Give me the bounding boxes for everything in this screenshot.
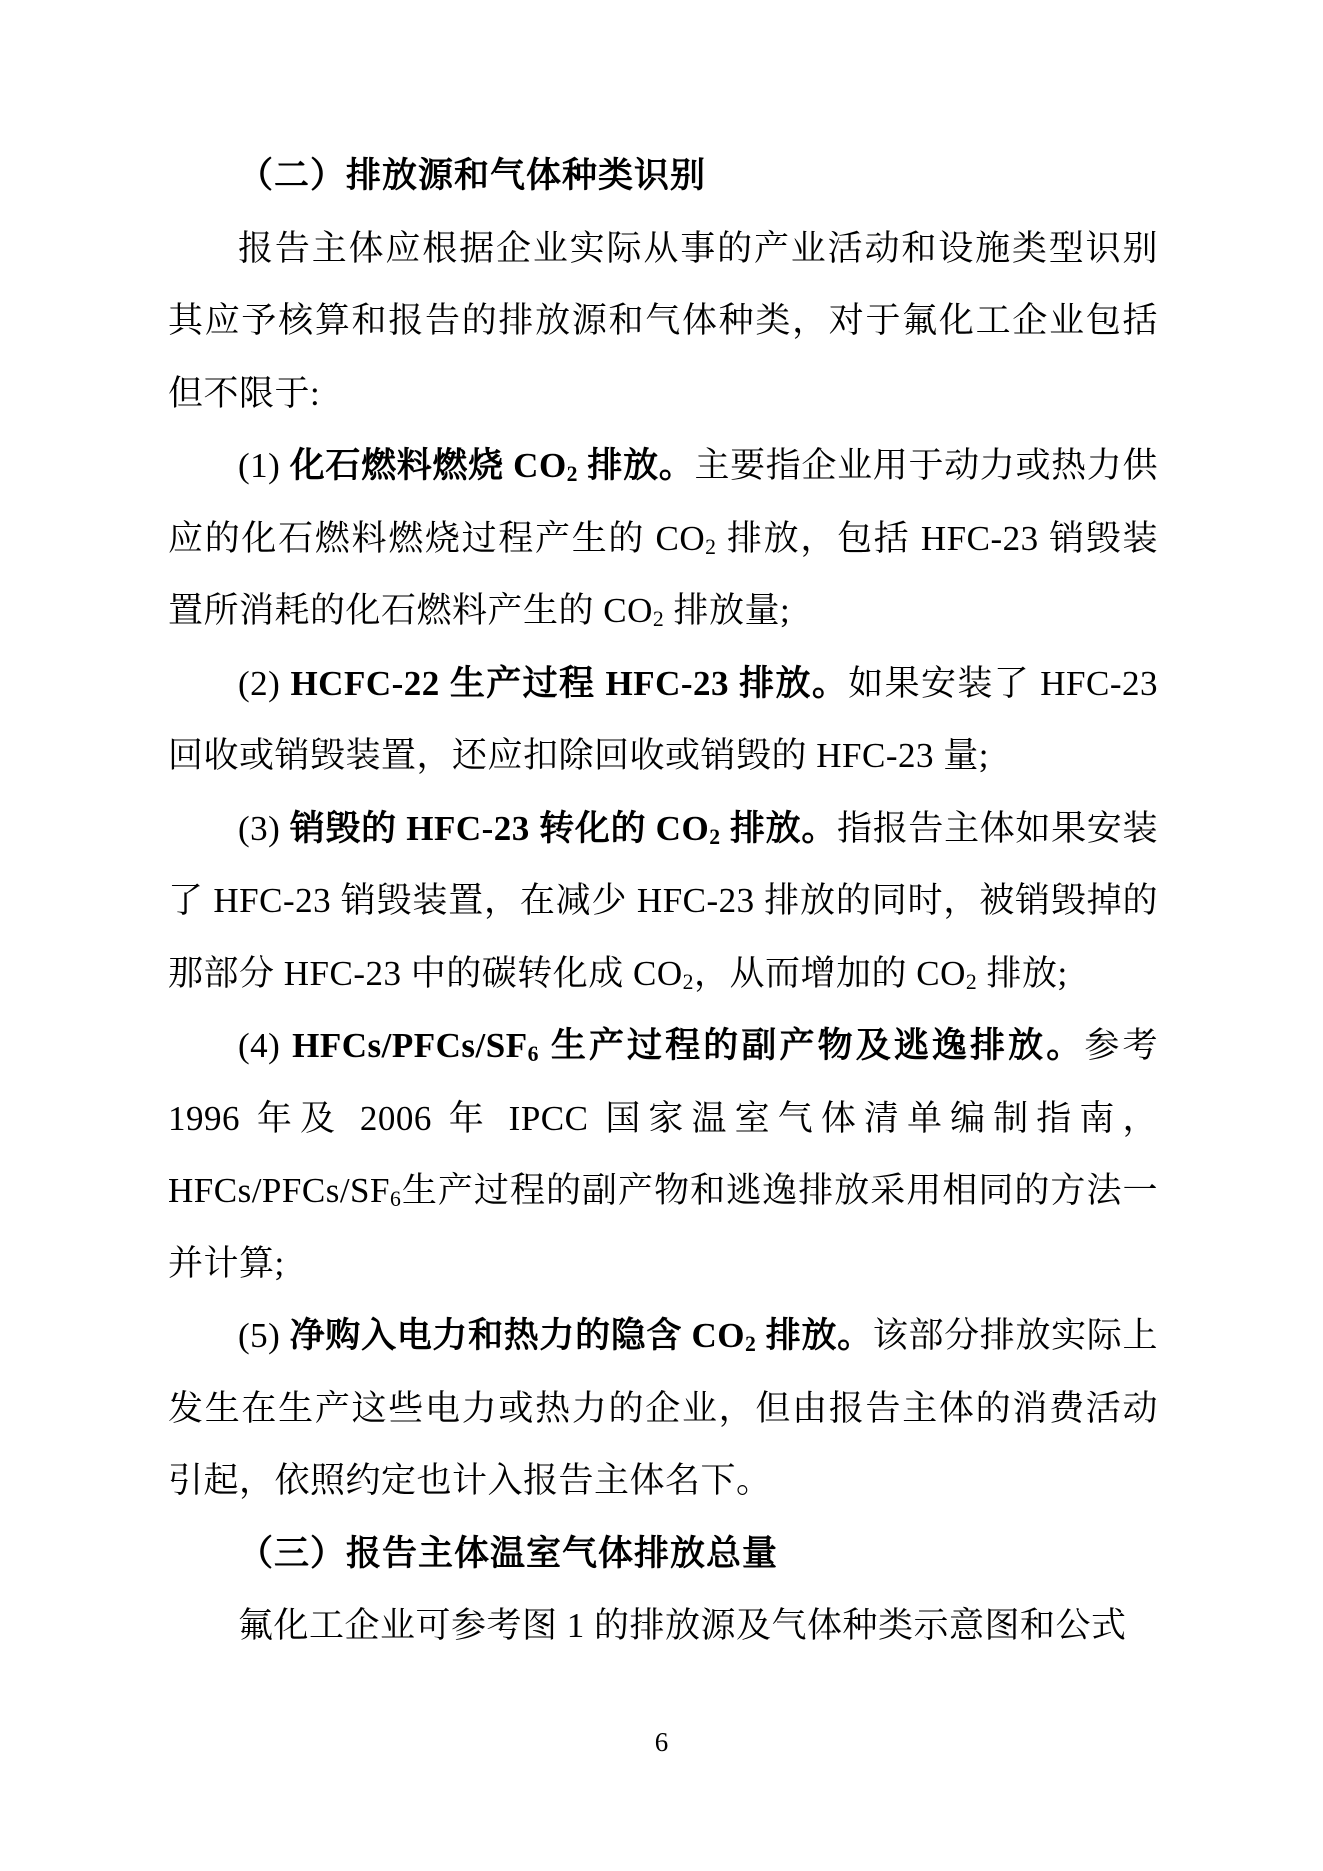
text-run: （三）报告主体温室气体排放总量 — [238, 1534, 778, 1573]
text-run: 排放。 — [721, 809, 837, 848]
page-number: 6 — [0, 1722, 1323, 1762]
subscript-text: 6 — [390, 1187, 401, 1211]
subscript-text: 6 — [528, 1042, 539, 1066]
text-run: HCFC-22 生产过程 HFC-23 排放。 — [290, 664, 848, 703]
subscript-text: 2 — [966, 969, 977, 993]
document-page: （二）排放源和气体种类识别报告主体应根据企业实际从事的产业活动和设施类型识别其应… — [0, 0, 1323, 1871]
text-run: 报告主体应根据企业实际从事的产业活动和设施类型识别其应予核算和报告的排放源和气体… — [168, 229, 1158, 413]
text-run: 排放; — [977, 954, 1067, 993]
subscript-text: 2 — [653, 607, 664, 631]
subscript-text: 2 — [705, 534, 716, 558]
section-heading: （三）报告主体温室气体排放总量 — [168, 1518, 1158, 1591]
paragraph: 氟化工企业可参考图 1 的排放源及气体种类示意图和公式 — [168, 1590, 1158, 1663]
text-run: HFCs/PFCs/SF — [292, 1026, 527, 1065]
text-run: (5) — [238, 1316, 290, 1355]
paragraph: (2) HCFC-22 生产过程 HFC-23 排放。如果安装了 HFC-23 … — [168, 648, 1158, 793]
text-run: ，从而增加的 CO — [694, 954, 966, 993]
text-run: 化石燃料燃烧 CO — [290, 446, 567, 485]
text-run: 净购入电力和热力的隐含 CO — [290, 1316, 745, 1355]
subscript-text: 2 — [709, 824, 720, 848]
text-run: 排放。 — [756, 1316, 872, 1355]
paragraph: (3) 销毁的 HFC-23 转化的 CO2 排放。指报告主体如果安装了 HFC… — [168, 793, 1158, 1011]
paragraph: (5) 净购入电力和热力的隐含 CO2 排放。该部分排放实际上发生在生产这些电力… — [168, 1300, 1158, 1518]
subscript-text: 2 — [567, 462, 578, 486]
document-content: （二）排放源和气体种类识别报告主体应根据企业实际从事的产业活动和设施类型识别其应… — [168, 140, 1158, 1663]
subscript-text: 2 — [683, 969, 694, 993]
text-run: 销毁的 HFC-23 转化的 CO — [290, 809, 709, 848]
text-run: 生产过程的副产物及逃逸排放。 — [539, 1026, 1084, 1065]
text-run: 氟化工企业可参考图 1 的排放源及气体种类示意图和公式 — [238, 1606, 1127, 1645]
section-heading: （二）排放源和气体种类识别 — [168, 140, 1158, 213]
subscript-text: 2 — [745, 1332, 756, 1356]
text-run: 排放。 — [578, 446, 694, 485]
paragraph: (1) 化石燃料燃烧 CO2 排放。主要指企业用于动力或热力供应的化石燃料燃烧过… — [168, 430, 1158, 648]
text-run: (3) — [238, 809, 290, 848]
paragraph: (4) HFCs/PFCs/SF6 生产过程的副产物及逃逸排放。参考 1996 … — [168, 1010, 1158, 1300]
text-run: 排放量; — [664, 591, 790, 630]
text-run: (2) — [238, 664, 290, 703]
text-run: （二）排放源和气体种类识别 — [238, 156, 706, 195]
paragraph: 报告主体应根据企业实际从事的产业活动和设施类型识别其应予核算和报告的排放源和气体… — [168, 213, 1158, 431]
text-run: (1) — [238, 446, 290, 485]
text-run: (4) — [238, 1026, 292, 1065]
